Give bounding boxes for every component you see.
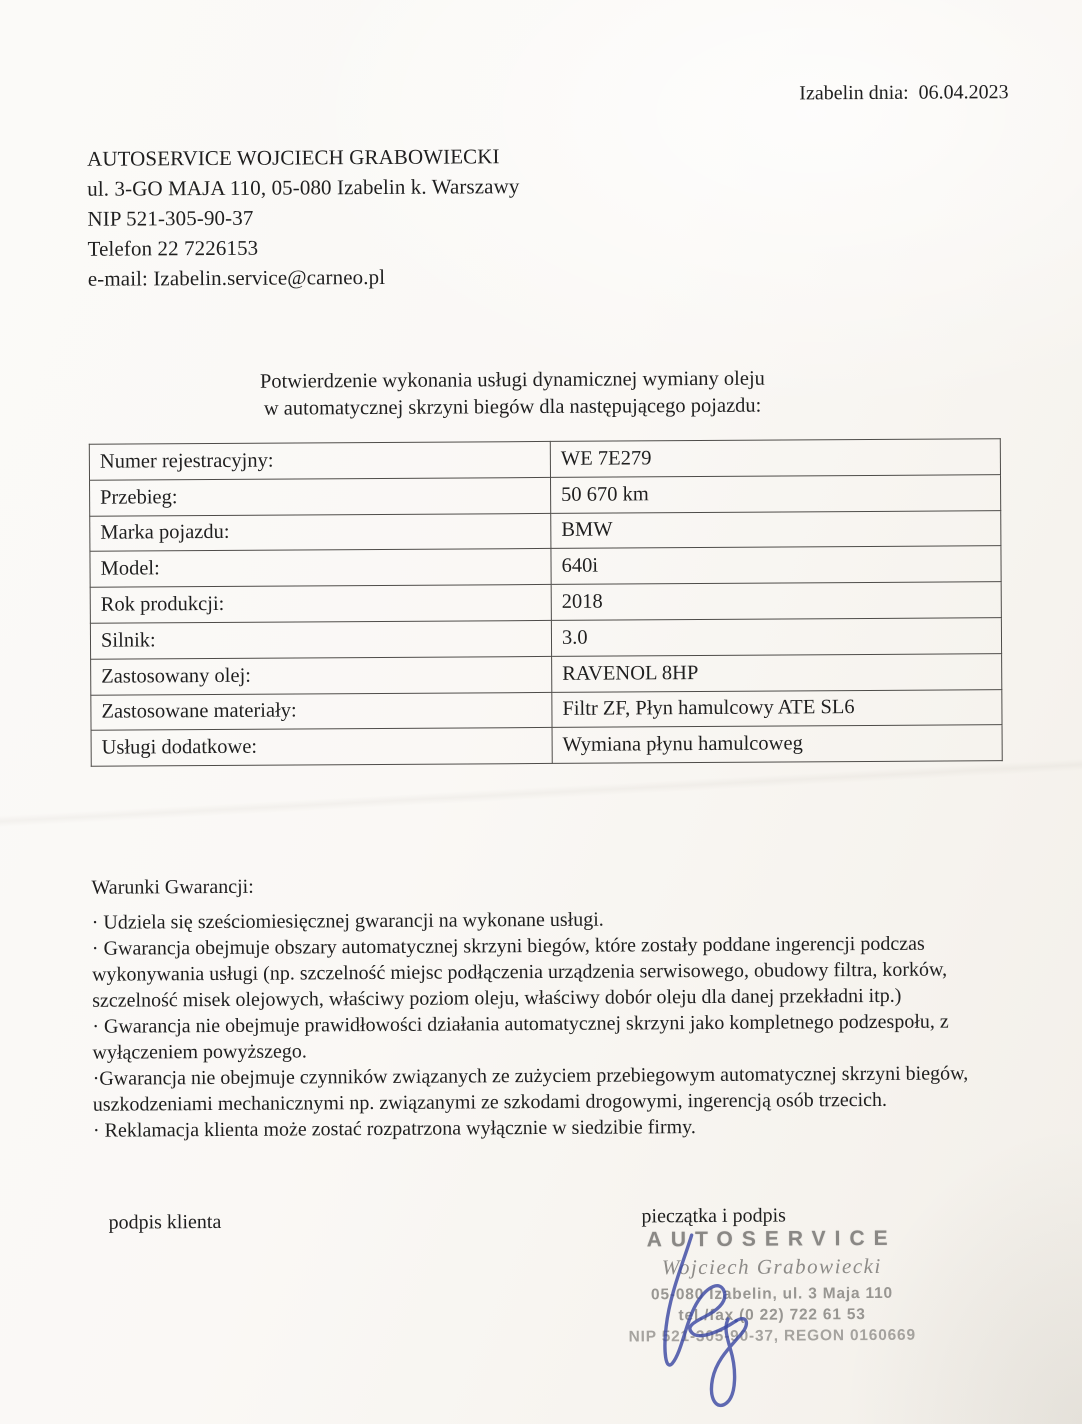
table-row: Numer rejestracyjny: WE 7E279 [89,439,1000,480]
company-stamp: AUTOSERVICE Wojciech Grabowiecki 05-080 … [626,1227,919,1348]
row-label: Zastosowane materiały: [91,692,552,731]
stamp-phone: tel./fax (0 22) 722 61 53 [626,1304,918,1327]
company-header: AUTOSERVICE WOJCIECH GRABOWIECKI ul. 3-G… [87,141,520,294]
company-address: ul. 3-GO MAJA 110, 05-080 Izabelin k. Wa… [87,171,519,204]
company-phone: Telefon 22 7226153 [88,231,520,264]
table-row: Rok produkcji: 2018 [90,582,1001,623]
row-value: 3.0 [551,618,1001,657]
warranty-item: · Reklamacja klienta może zostać rozpatr… [93,1112,1018,1144]
company-nip: NIP 521-305-90-37 [87,201,519,234]
table-row: Usługi dodatkowe: Wymiana płynu hamulcow… [91,725,1002,766]
warranty-heading: Warunki Gwarancji: [91,869,1016,901]
table-row: Zastosowane materiały: Filtr ZF, Płyn ha… [91,689,1002,730]
stamp-signature-label: pieczątka i podpis [641,1205,786,1229]
stamp-company-name: AUTOSERVICE [626,1227,918,1253]
stamp-owner-name: Wojciech Grabowiecki [626,1254,918,1281]
row-label: Rok produkcji: [90,585,551,624]
table-row: Przebieg: 50 670 km [90,474,1001,515]
warranty-item: ·Gwarancja nie obejmuje czynników związa… [93,1060,1018,1118]
row-label: Numer rejestracyjny: [89,441,550,480]
table-row: Zastosowany olej: RAVENOL 8HP [91,653,1002,694]
warranty-item: · Gwarancja nie obejmuje prawidłowości d… [92,1008,1017,1066]
table-row: Model: 640i [90,546,1001,587]
row-label: Zastosowany olej: [91,656,552,695]
company-name: AUTOSERVICE WOJCIECH GRABOWIECKI [87,141,519,174]
client-signature-label: podpis klienta [108,1211,221,1235]
table-row: Silnik: 3.0 [90,618,1001,659]
document-content: Izabelin dnia: 06.04.2023 AUTOSERVICE WO… [0,0,1082,1424]
row-label: Silnik: [90,620,551,659]
row-value: Wymiana płynu hamulcoweg [552,725,1002,764]
row-value: WE 7E279 [550,439,1000,478]
warranty-item: · Gwarancja obejmuje obszary automatyczn… [92,930,1017,1014]
row-label: Marka pojazdu: [90,513,551,552]
warranty-section: Warunki Gwarancji: · Udziela się sześcio… [91,869,1018,1144]
row-value: RAVENOL 8HP [552,653,1002,692]
vehicle-table-body: Numer rejestracyjny: WE 7E279 Przebieg: … [89,439,1002,767]
stamp-nip-regon: NIP 521-305-90-37, REGON 0160669 [626,1325,918,1348]
row-label: Usługi dodatkowe: [91,728,552,767]
row-label: Przebieg: [90,477,551,516]
scanned-document-page: Izabelin dnia: 06.04.2023 AUTOSERVICE WO… [0,0,1082,1424]
row-value: BMW [551,510,1001,549]
row-value: 640i [551,546,1001,585]
row-value: 2018 [551,582,1001,621]
company-email: e-mail: Izabelin.service@carneo.pl [88,261,520,294]
document-title-line2: w automatycznej skrzyni biegów dla nastę… [87,392,939,424]
row-value: 50 670 km [551,474,1001,513]
document-title: Potwierdzenie wykonania usługi dynamiczn… [86,365,938,424]
date-line: Izabelin dnia: 06.04.2023 [799,81,1009,105]
row-label: Model: [90,549,551,588]
vehicle-table: Numer rejestracyjny: WE 7E279 Przebieg: … [89,438,1003,767]
row-value: Filtr ZF, Płyn hamulcowy ATE SL6 [552,689,1002,728]
stamp-address: 05-080 Izabelin, ul. 3 Maja 110 [626,1283,918,1306]
table-row: Marka pojazdu: BMW [90,510,1001,551]
